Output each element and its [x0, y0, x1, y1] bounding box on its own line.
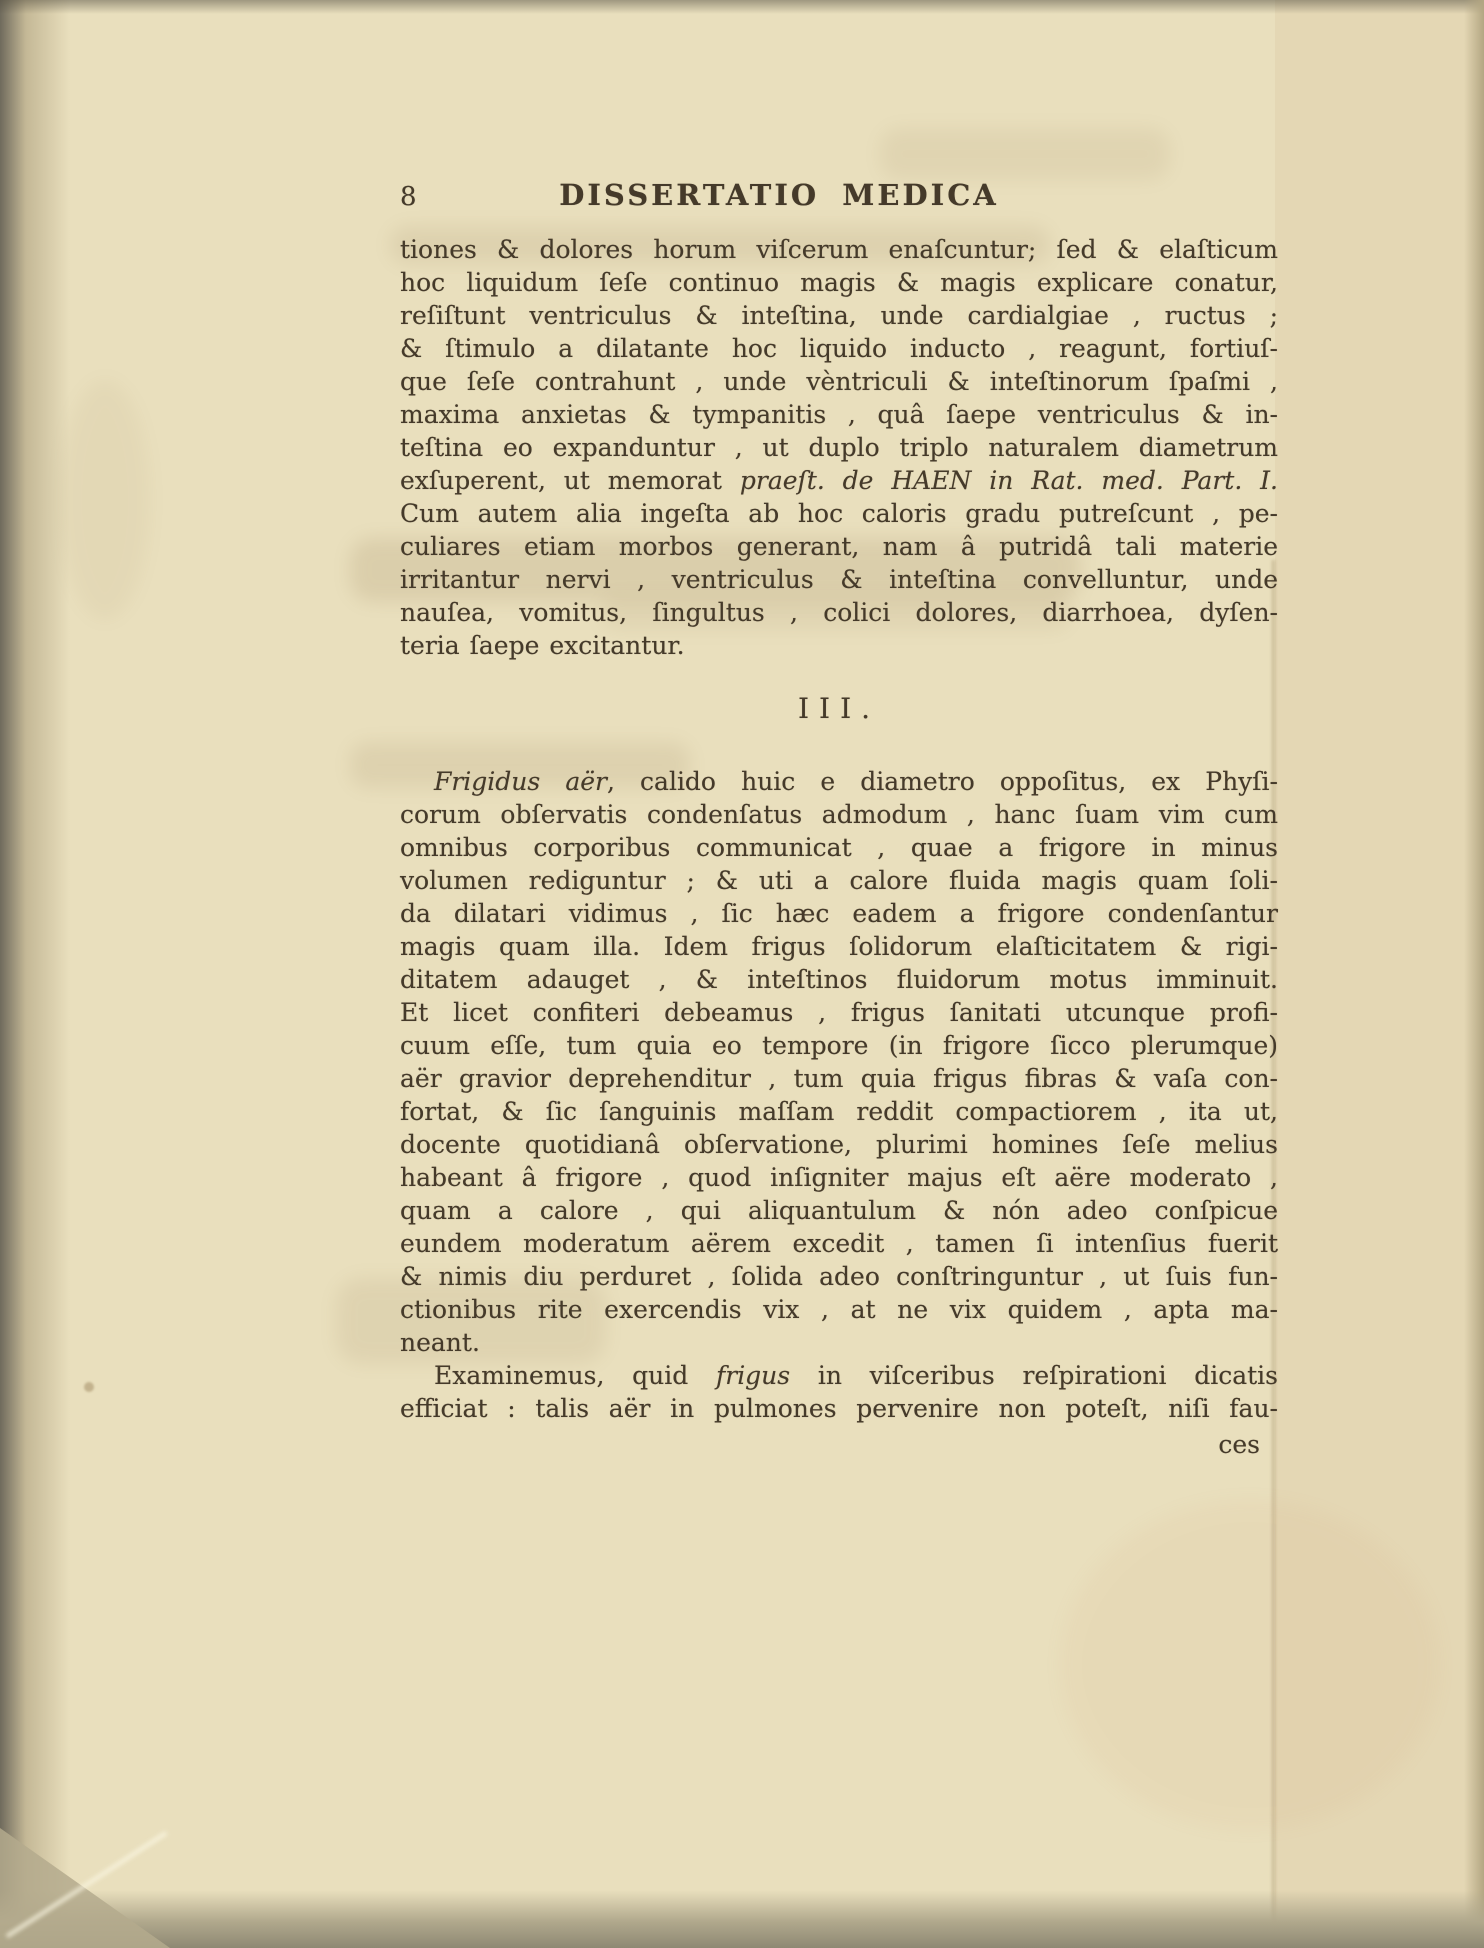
text-segment: nauſea, vomitus, ſingultus , colici dolo… — [400, 598, 1278, 627]
text-segment: magis quam illa. Idem frigus ſolidorum e… — [400, 932, 1278, 961]
text-line: aër gravior deprehenditur , tum quia fri… — [400, 1062, 1278, 1095]
text-segment: Et licet confiteri debeamus , frigus ſan… — [400, 998, 1278, 1027]
text-segment: da dilatari vidimus , ſic hæc eadem a fr… — [400, 899, 1278, 928]
text-line: Frigidus aër, calido huic e diametro opp… — [400, 765, 1278, 798]
text-line: culiares etiam morbos generant, nam â pu… — [400, 530, 1278, 563]
paragraph: tiones & dolores horum viſcerum enaſcunt… — [400, 233, 1278, 662]
text-line: tiones & dolores horum viſcerum enaſcunt… — [400, 233, 1278, 266]
italic-text-segment: frigus — [716, 1361, 790, 1390]
text-line: hoc liquidum ſeſe continuo magis & magis… — [400, 266, 1278, 299]
text-line: nauſea, vomitus, ſingultus , colici dolo… — [400, 596, 1278, 629]
page-left-edge — [0, 0, 70, 1948]
text-line: Examinemus, quid frigus in viſceribus re… — [400, 1359, 1278, 1392]
text-segment: eundem moderatum aërem excedit , tamen ſ… — [400, 1229, 1278, 1258]
text-segment: volumen rediguntur ; & uti a calore flui… — [400, 866, 1278, 895]
text-line: teria ſaepe excitantur. — [400, 629, 1278, 662]
italic-text-segment: Frigidus aër — [434, 767, 607, 796]
stain — [60, 380, 150, 620]
text-line: docente quotidianâ obſervatione, plurimi… — [400, 1128, 1278, 1161]
page-right-edge — [1464, 0, 1484, 1948]
text-line: volumen rediguntur ; & uti a calore flui… — [400, 864, 1278, 897]
text-line: reſiſtunt ventriculus & inteſtina, unde … — [400, 299, 1278, 332]
paragraph: Frigidus aër, calido huic e diametro opp… — [400, 765, 1278, 1359]
text-line: irritantur nervi , ventriculus & inteſti… — [400, 563, 1278, 596]
text-segment: omnibus corporibus communicat , quae a f… — [400, 833, 1278, 862]
text-segment: exſuperent, ut memorat — [400, 466, 740, 495]
text-line: omnibus corporibus communicat , quae a f… — [400, 831, 1278, 864]
scanned-book-page: 8 DISSERTATIO MEDICA tiones & dolores ho… — [0, 0, 1484, 1948]
text-line: cuum eſſe, tum quia eo tempore (in frigo… — [400, 1029, 1278, 1062]
page-body: tiones & dolores horum viſcerum enaſcunt… — [400, 233, 1278, 1461]
text-line: ctionibus rite exercendis vix , at ne vi… — [400, 1293, 1278, 1326]
text-line: & ſtimulo a dilatante hoc liquido induct… — [400, 332, 1278, 365]
text-line: maxima anxietas & tympanitis , quâ ſaepe… — [400, 398, 1278, 431]
text-segment: Examinemus, quid — [434, 1361, 716, 1390]
text-line: magis quam illa. Idem frigus ſolidorum e… — [400, 930, 1278, 963]
text-segment: efficiat : talis aër in pulmones perveni… — [400, 1394, 1278, 1423]
text-line: que ſeſe contrahunt , unde vèntriculi & … — [400, 365, 1278, 398]
text-segment: neant. — [400, 1328, 480, 1357]
page-top-edge — [0, 0, 1484, 14]
text-segment: docente quotidianâ obſervatione, plurimi… — [400, 1130, 1278, 1159]
text-line: efficiat : talis aër in pulmones perveni… — [400, 1392, 1278, 1425]
text-segment: quam a calore , qui aliquantulum & nón a… — [400, 1196, 1278, 1225]
text-segment: irritantur nervi , ventriculus & inteſti… — [400, 565, 1278, 594]
text-segment: & nimis diu perduret , ſolida adeo conſt… — [400, 1262, 1278, 1291]
text-segment: maxima anxietas & tympanitis , quâ ſaepe… — [400, 400, 1278, 429]
text-segment: habeant â frigore , quod inſigniter maju… — [400, 1163, 1278, 1192]
text-line: ditatem adauget , & inteſtinos fluidorum… — [400, 963, 1278, 996]
running-head: 8 DISSERTATIO MEDICA — [400, 178, 1278, 212]
text-line: & nimis diu perduret , ſolida adeo conſt… — [400, 1260, 1278, 1293]
text-segment: ctionibus rite exercendis vix , at ne vi… — [400, 1295, 1278, 1324]
running-header-title: DISSERTATIO MEDICA — [400, 178, 1278, 212]
italic-text-segment: praeſt. de HAEN in Rat. med. Part. I. — [740, 466, 1278, 495]
text-line: exſuperent, ut memorat praeſt. de HAEN i… — [400, 464, 1278, 497]
page-bottom-edge — [0, 1890, 1484, 1948]
section-heading: III. — [400, 692, 1278, 725]
text-segment: ditatem adauget , & inteſtinos fluidorum… — [400, 965, 1278, 994]
page-number: 8 — [400, 182, 417, 212]
text-segment: teſtina eo expanduntur , ut duplo triplo… — [400, 433, 1278, 462]
text-line: quam a calore , qui aliquantulum & nón a… — [400, 1194, 1278, 1227]
stain — [880, 128, 1170, 180]
text-line: habeant â frigore , quod inſigniter maju… — [400, 1161, 1278, 1194]
text-segment: corum obſervatis condenſatus admodum , h… — [400, 800, 1278, 829]
text-line: teſtina eo expanduntur , ut duplo triplo… — [400, 431, 1278, 464]
text-segment: & ſtimulo a dilatante hoc liquido induct… — [400, 334, 1278, 363]
text-segment: in viſceribus reſpirationi dicatis — [790, 1361, 1278, 1390]
text-segment: reſiſtunt ventriculus & inteſtina, unde … — [400, 301, 1278, 330]
text-line: corum obſervatis condenſatus admodum , h… — [400, 798, 1278, 831]
catchword: ces — [400, 1428, 1278, 1461]
text-segment: que ſeſe contrahunt , unde vèntriculi & … — [400, 367, 1278, 396]
stain — [84, 1382, 94, 1392]
stain — [1060, 1500, 1440, 1830]
text-segment: fortat, & ſic ſanguinis maſſam reddit co… — [400, 1097, 1278, 1126]
paragraph: Examinemus, quid frigus in viſceribus re… — [400, 1359, 1278, 1425]
text-line: neant. — [400, 1326, 1278, 1359]
text-segment: , calido huic e diametro oppoſitus, ex P… — [607, 767, 1278, 796]
text-segment: teria ſaepe excitantur. — [400, 631, 685, 660]
text-line: Cum autem alia ingeſta ab hoc caloris gr… — [400, 497, 1278, 530]
text-line: fortat, & ſic ſanguinis maſſam reddit co… — [400, 1095, 1278, 1128]
text-line: Et licet confiteri debeamus , frigus ſan… — [400, 996, 1278, 1029]
text-segment: hoc liquidum ſeſe continuo magis & magis… — [400, 268, 1278, 297]
text-segment: cuum eſſe, tum quia eo tempore (in frigo… — [400, 1031, 1278, 1060]
text-segment: Cum autem alia ingeſta ab hoc caloris gr… — [400, 499, 1278, 528]
text-line: da dilatari vidimus , ſic hæc eadem a fr… — [400, 897, 1278, 930]
text-line: eundem moderatum aërem excedit , tamen ſ… — [400, 1227, 1278, 1260]
text-segment: tiones & dolores horum viſcerum enaſcunt… — [400, 235, 1278, 264]
text-segment: aër gravior deprehenditur , tum quia fri… — [400, 1064, 1278, 1093]
text-segment: culiares etiam morbos generant, nam â pu… — [400, 532, 1278, 561]
